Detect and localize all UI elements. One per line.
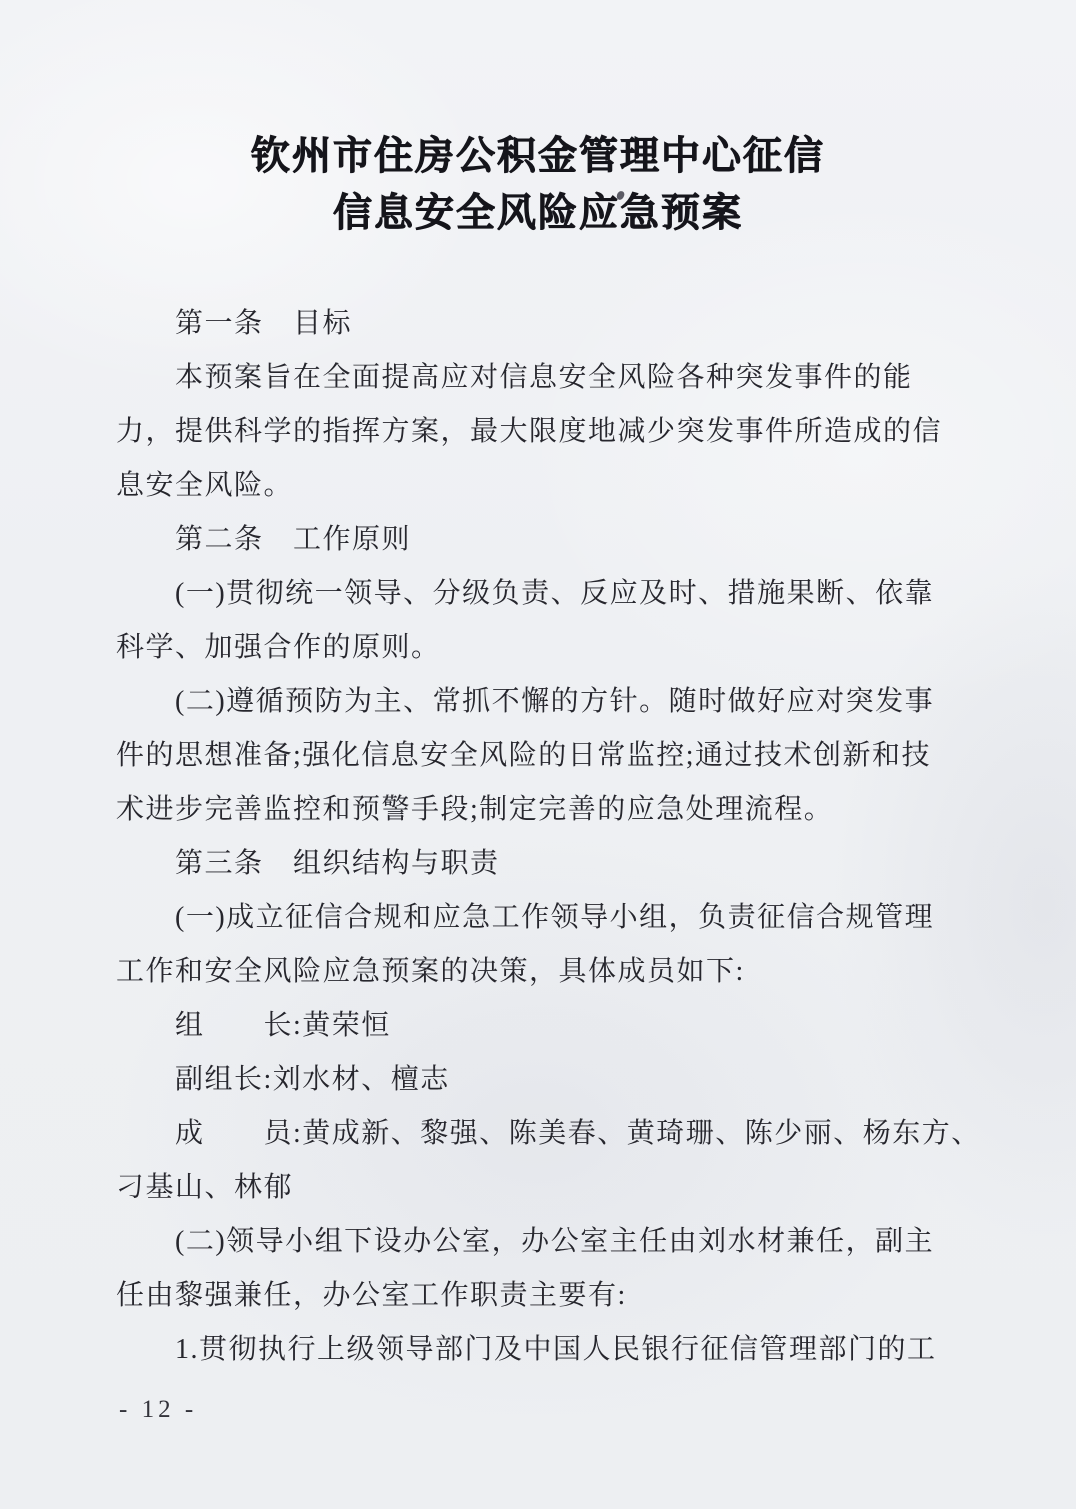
text-line: 组 长:黄荣恒: [116, 999, 960, 1053]
text-line: (二)领导小组下设办公室，办公室主任由刘水材兼任，副主: [116, 1215, 960, 1269]
text-line: 副组长:刘水材、檀志: [116, 1053, 960, 1107]
scanned-document-page: 钦州市住房公积金管理中心征信 信息安全风险应急预案 第一条 目标 本预案旨在全面…: [0, 0, 1076, 1509]
document-title-line2: 信息安全风险应急预案: [0, 185, 1076, 242]
text-line: 工作和安全风险应急预案的决策，具体成员如下:: [116, 945, 960, 999]
document-body: 第一条 目标 本预案旨在全面提高应对信息安全风险各种突发事件的能 力，提供科学的…: [116, 297, 960, 1377]
text-line: 第三条 组织结构与职责: [116, 837, 960, 891]
text-line: (一)贯彻统一领导、分级负责、反应及时、措施果断、依靠: [116, 567, 960, 621]
text-line: 任由黎强兼任，办公室工作职责主要有:: [116, 1269, 960, 1323]
text-line: 刁基山、林郁: [116, 1161, 960, 1215]
page-number: - 12 -: [119, 1396, 197, 1424]
document-title-line1: 钦州市住房公积金管理中心征信: [0, 128, 1076, 185]
text-line: 术进步完善监控和预警手段;制定完善的应急处理流程。: [116, 783, 960, 837]
text-line: 第二条 工作原则: [116, 513, 960, 567]
text-line: 件的思想准备;强化信息安全风险的日常监控;通过技术创新和技: [116, 729, 960, 783]
text-line: 成 员:黄成新、黎强、陈美春、黄琦珊、陈少丽、杨东方、: [116, 1107, 960, 1161]
text-line: 1.贯彻执行上级领导部门及中国人民银行征信管理部门的工: [116, 1323, 960, 1377]
text-line: 第一条 目标: [116, 297, 960, 351]
text-line: 本预案旨在全面提高应对信息安全风险各种突发事件的能: [116, 351, 960, 405]
text-line: 息安全风险。: [116, 459, 960, 513]
text-line: (二)遵循预防为主、常抓不懈的方针。随时做好应对突发事: [116, 675, 960, 729]
text-line: 科学、加强合作的原则。: [116, 621, 960, 675]
text-line: 力，提供科学的指挥方案，最大限度地减少突发事件所造成的信: [116, 405, 960, 459]
document-title: 钦州市住房公积金管理中心征信 信息安全风险应急预案: [0, 128, 1076, 242]
text-line: (一)成立征信合规和应急工作领导小组，负责征信合规管理: [116, 891, 960, 945]
